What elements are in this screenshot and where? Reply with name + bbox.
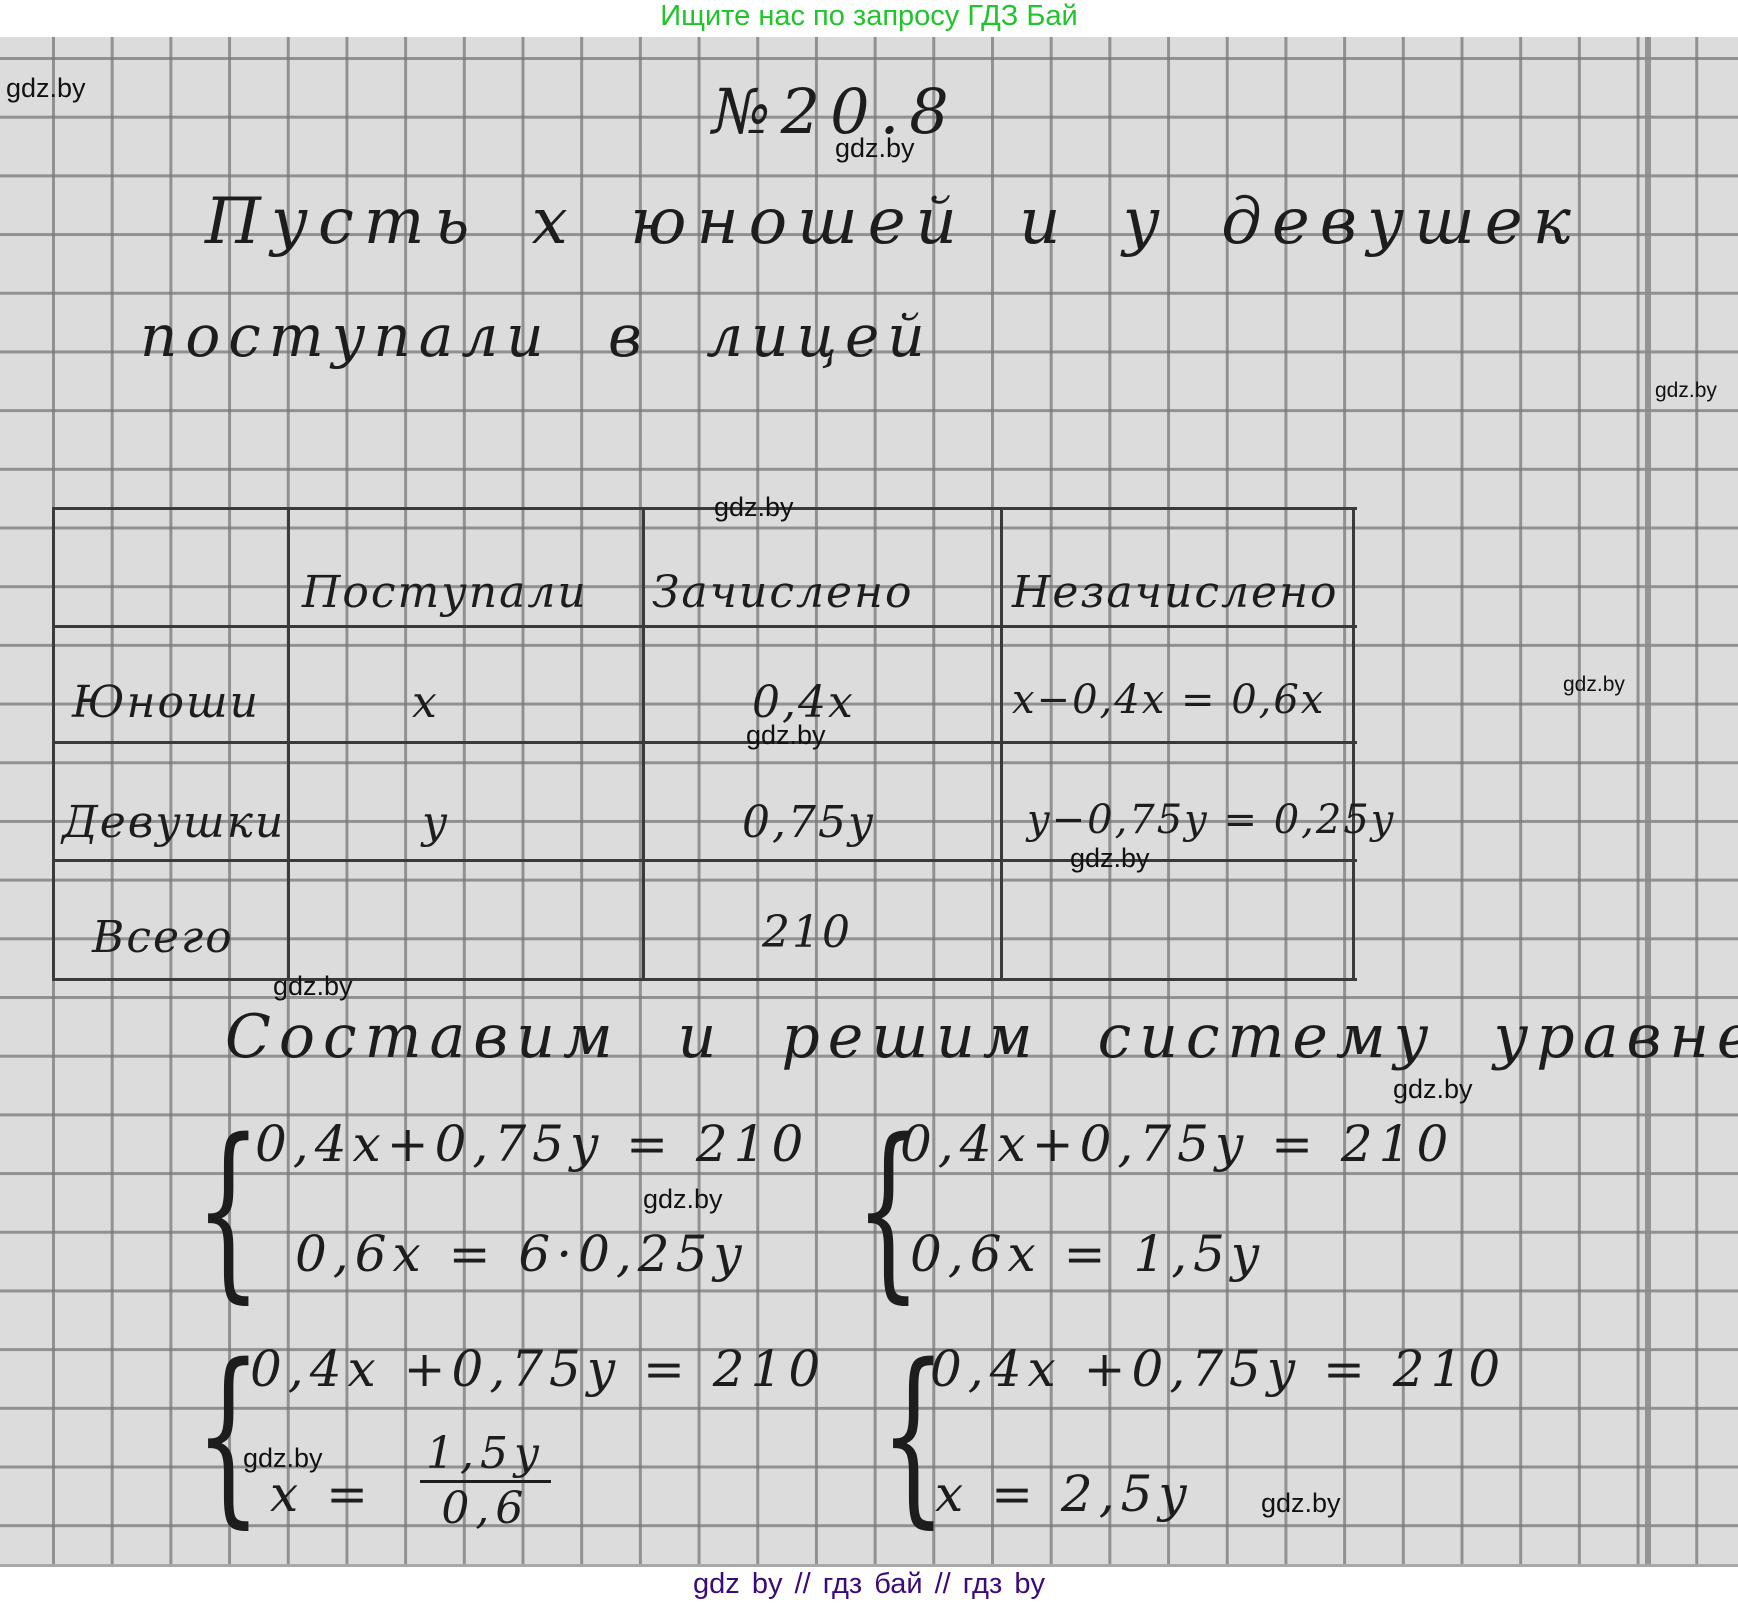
system-2-eq2: 0,6x = 1,5y (910, 1225, 1265, 1283)
cell-devushki-nezachisleno: y−0,75y = 0,25y (1027, 797, 1395, 843)
watermark: gdz.by (1655, 379, 1717, 403)
brace-icon: { (195, 1115, 261, 1305)
watermark: gdz.by (714, 492, 794, 523)
intro-line-1: Пусть x юношей и y девушек (205, 185, 1581, 259)
watermark: gdz.by (643, 1184, 723, 1215)
header-zachisleno: Зачислено (652, 567, 914, 618)
cell-devushki-zachisleno: 0,75y (742, 797, 875, 848)
intro-line-2: поступали в лицей (140, 302, 933, 370)
watermark: gdz.by (6, 73, 86, 104)
watermark: gdz.by (1393, 1074, 1473, 1105)
system-3-eq1: 0,4x +0,75y = 210 (250, 1340, 826, 1398)
cell-devushki-postupali: y (422, 797, 449, 848)
watermark: gdz.by (1070, 843, 1150, 874)
watermark: gdz.by (835, 133, 915, 164)
fraction-numerator: 1,5y (420, 1428, 551, 1483)
watermark: gdz.by (746, 720, 826, 751)
fraction-denominator: 0,6 (420, 1483, 551, 1535)
row-label-devushki: Девушки (62, 797, 285, 848)
margin-line (1645, 37, 1651, 1567)
cell-yunoshi-nezachisleno: x−0,4x = 0,6x (1012, 677, 1325, 723)
watermark: gdz.by (273, 971, 353, 1002)
cell-yunoshi-postupali: x (412, 677, 439, 728)
row-label-yunoshi: Юноши (72, 677, 260, 728)
cell-vsego-zachisleno: 210 (762, 907, 852, 958)
system-3-fraction: 1,5y 0,6 (420, 1428, 551, 1535)
solution-heading: Составим и решим систему уравнений (225, 1002, 1738, 1072)
watermark: gdz.by (243, 1443, 323, 1474)
system-4-eq2: x = 2,5y (935, 1465, 1193, 1523)
row-label-vsego: Всего (92, 912, 234, 963)
header-nezachisleno: Незачислено (1012, 567, 1339, 618)
system-1-eq2: 0,6x = 6·0,25y (295, 1225, 748, 1283)
top-banner: Ищите нас по запросу ГДЗ Бай (0, 0, 1738, 37)
watermark: gdz.by (1563, 673, 1625, 697)
system-1-eq1: 0,4x+0,75y = 210 (255, 1115, 809, 1173)
notebook-page: №20.8 Пусть x юношей и y девушек поступа… (0, 37, 1738, 1567)
header-postupali: Поступали (302, 567, 588, 618)
bottom-banner: gdz by // гдз бай // гдз by (0, 1567, 1738, 1604)
system-4-eq1: 0,4x +0,75y = 210 (930, 1340, 1506, 1398)
watermark: gdz.by (1261, 1488, 1341, 1519)
system-2-eq1: 0,4x+0,75y = 210 (900, 1115, 1454, 1173)
